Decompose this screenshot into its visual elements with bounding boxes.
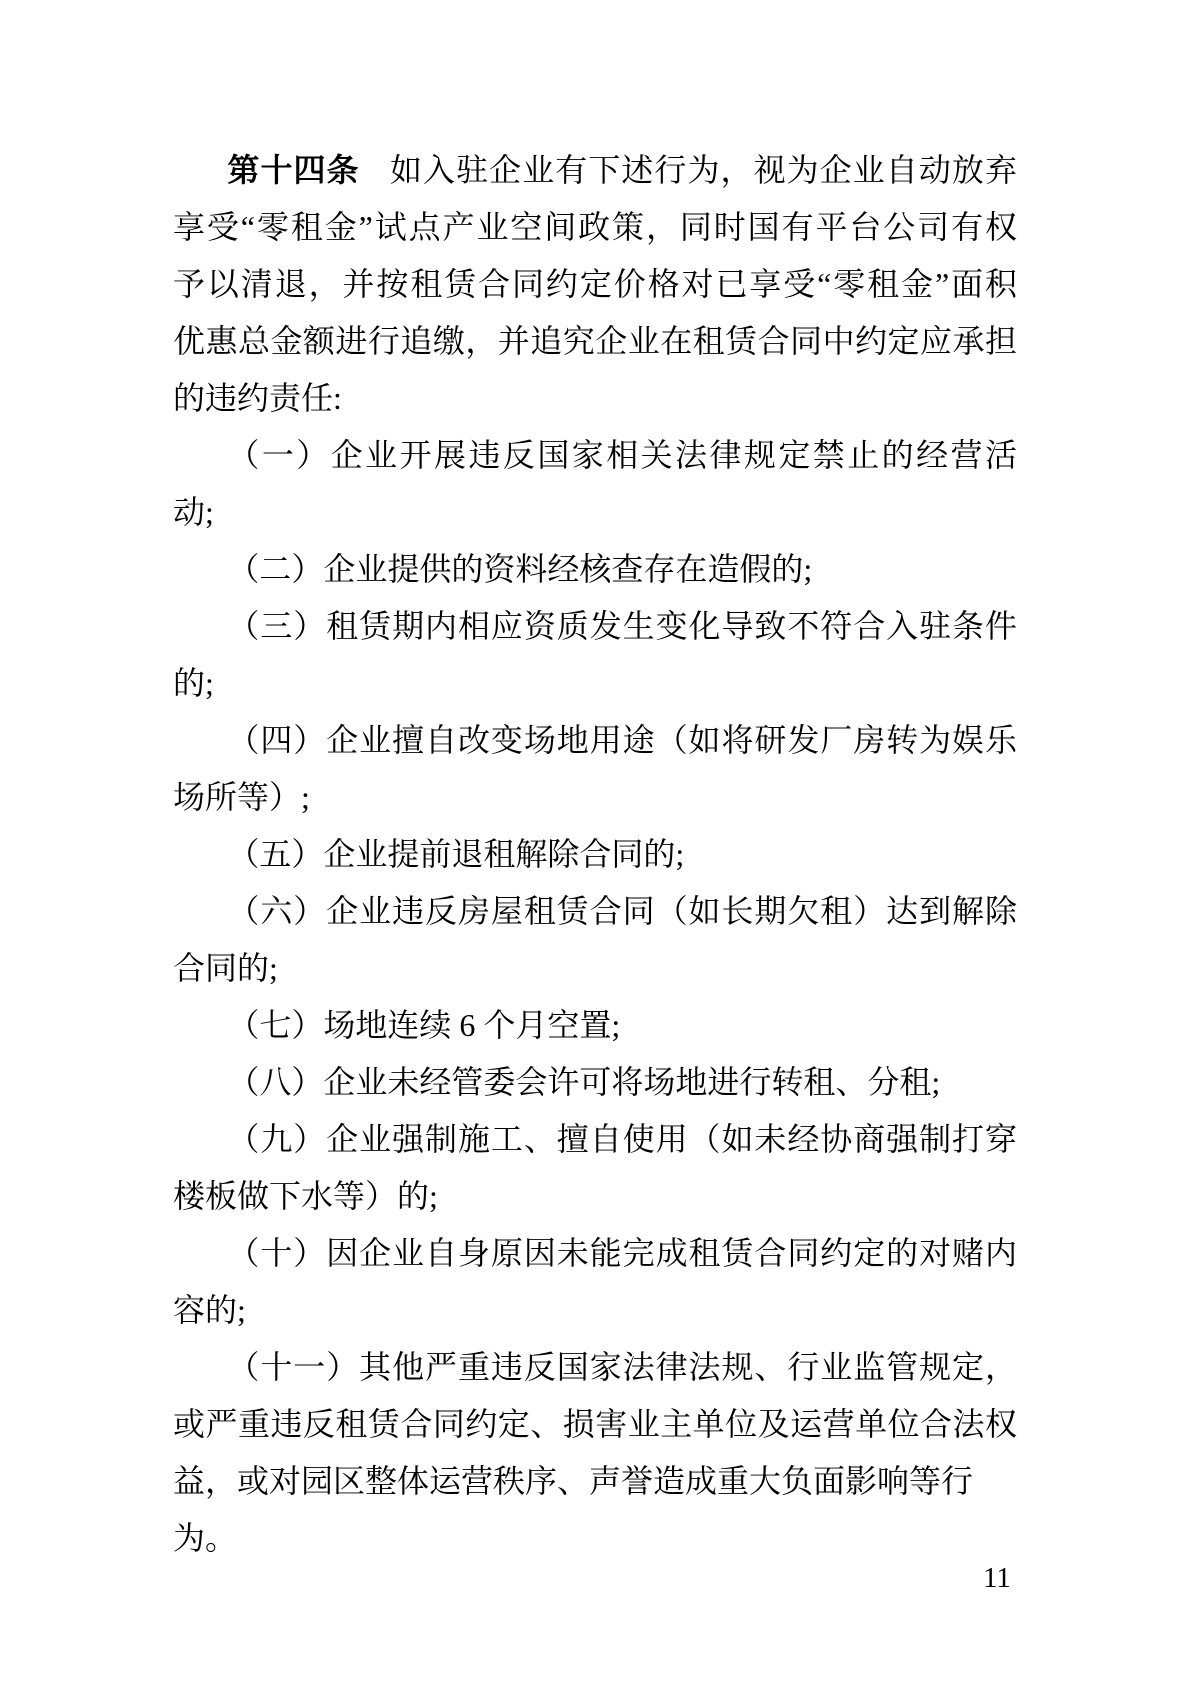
text-line: 动; (173, 484, 1017, 541)
line-text: 享受“零租金”试点产业空间政策，同时国有平台公司有权 (173, 209, 1017, 245)
text-line: 的; (173, 655, 1017, 712)
text-line: （二）企业提供的资料经核查存在造假的; (173, 541, 1017, 598)
line-text: 予以清退，并按租赁合同约定价格对已享受“零租金”面积 (173, 266, 1017, 302)
line-text: （九）企业强制施工、擅自使用（如未经协商强制打穿 (227, 1121, 1017, 1157)
page-number: 11 (983, 1560, 1011, 1596)
text-line: （三）租赁期内相应资质发生变化导致不符合入驻条件 (173, 598, 1017, 655)
text-line: （十一）其他严重违反国家法律法规、行业监管规定， (173, 1339, 1017, 1396)
text-line: 楼板做下水等）的; (173, 1168, 1017, 1225)
text-line: 益，或对园区整体运营秩序、声誉造成重大负面影响等行为。 (173, 1453, 1017, 1510)
text-line: （四）企业擅自改变场地用途（如将研发厂房转为娱乐 (173, 712, 1017, 769)
line-text: 容的; (173, 1292, 246, 1328)
text-line: 第十四条如入驻企业有下述行为，视为企业自动放弃 (173, 142, 1017, 199)
text-line: 场所等）; (173, 769, 1017, 826)
text-line: 合同的; (173, 940, 1017, 997)
line-text: （四）企业擅自改变场地用途（如将研发厂房转为娱乐 (227, 722, 1017, 758)
line-text: 益，或对园区整体运营秩序、声誉造成重大负面影响等行为。 (173, 1463, 973, 1556)
text-line: 或严重违反租赁合同约定、损害业主单位及运营单位合法权 (173, 1396, 1017, 1453)
line-text: （三）租赁期内相应资质发生变化导致不符合入驻条件 (227, 608, 1017, 644)
text-line: （十）因企业自身原因未能完成租赁合同约定的对赌内 (173, 1225, 1017, 1282)
line-text: （十）因企业自身原因未能完成租赁合同约定的对赌内 (227, 1235, 1017, 1271)
line-text: 动; (173, 494, 214, 530)
text-line: 享受“零租金”试点产业空间政策，同时国有平台公司有权 (173, 199, 1017, 256)
line-text: 或严重违反租赁合同约定、损害业主单位及运营单位合法权 (173, 1406, 1017, 1442)
line-text: 如入驻企业有下述行为，视为企业自动放弃 (390, 152, 1017, 188)
line-text: （八）企业未经管委会许可将场地进行转租、分租; (227, 1064, 940, 1100)
line-text: （七）场地连续 6 个月空置; (227, 1007, 620, 1043)
line-text: （五）企业提前退租解除合同的; (227, 836, 684, 872)
line-text: （一）企业开展违反国家相关法律规定禁止的经营活 (227, 437, 1017, 473)
line-text: 场所等）; (173, 779, 310, 815)
text-line: （五）企业提前退租解除合同的; (173, 826, 1017, 883)
text-line: （六）企业违反房屋租赁合同（如长期欠租）达到解除 (173, 883, 1017, 940)
text-line: （七）场地连续 6 个月空置; (173, 997, 1017, 1054)
document-page: 第十四条如入驻企业有下述行为，视为企业自动放弃享受“零租金”试点产业空间政策，同… (0, 0, 1191, 1684)
line-text: 的违约责任: (173, 380, 342, 416)
article-heading: 第十四条 (227, 152, 359, 188)
line-text: （二）企业提供的资料经核查存在造假的; (227, 551, 812, 587)
text-line: 优惠总金额进行追缴，并追究企业在租赁合同中约定应承担 (173, 313, 1017, 370)
text-line: （一）企业开展违反国家相关法律规定禁止的经营活 (173, 427, 1017, 484)
text-line: （九）企业强制施工、擅自使用（如未经协商强制打穿 (173, 1111, 1017, 1168)
article-body: 第十四条如入驻企业有下述行为，视为企业自动放弃享受“零租金”试点产业空间政策，同… (173, 142, 1017, 1510)
line-text: 优惠总金额进行追缴，并追究企业在租赁合同中约定应承担 (173, 323, 1017, 359)
line-text: 合同的; (173, 950, 278, 986)
text-line: 容的; (173, 1282, 1017, 1339)
text-line: 的违约责任: (173, 370, 1017, 427)
line-text: （十一）其他严重违反国家法律法规、行业监管规定， (227, 1349, 1017, 1385)
line-text: 楼板做下水等）的; (173, 1178, 438, 1214)
text-line: 予以清退，并按租赁合同约定价格对已享受“零租金”面积 (173, 256, 1017, 313)
text-line: （八）企业未经管委会许可将场地进行转租、分租; (173, 1054, 1017, 1111)
line-text: （六）企业违反房屋租赁合同（如长期欠租）达到解除 (227, 893, 1017, 929)
line-text: 的; (173, 665, 214, 701)
